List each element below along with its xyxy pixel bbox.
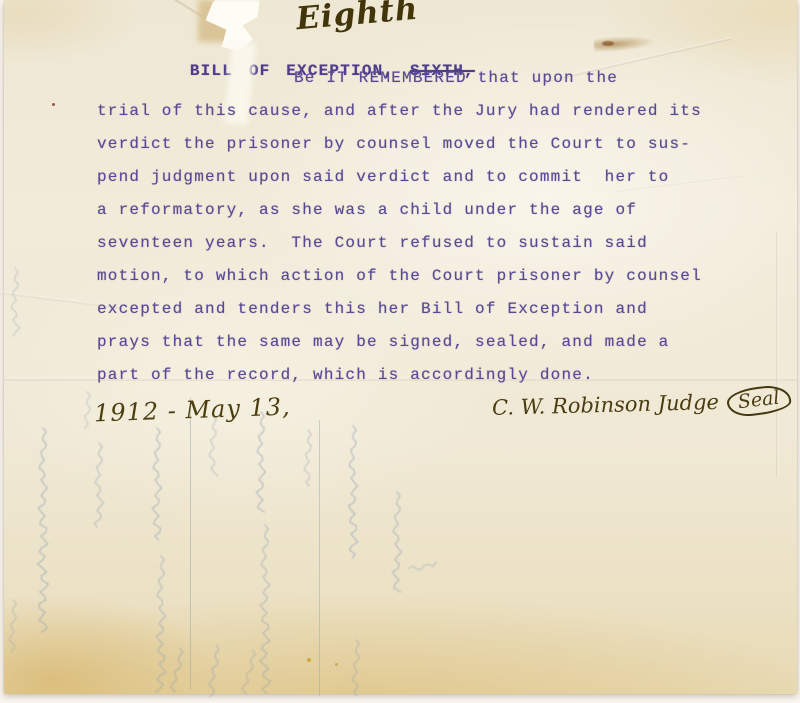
bleed-through-stroke [8,600,20,655]
body-paragraph: Be IT REMEMBERED that upon the trial of … [97,62,702,392]
bleed-through-stroke [260,525,272,693]
body-line: part of the record, which is accordingly… [97,359,702,392]
bleed-through-stroke [94,443,106,528]
foxing-spot [335,663,338,666]
bleed-through-stroke [351,640,363,698]
judge-signature: C. W. Robinson Judge [492,390,720,420]
body-line: motion, to which action of the Court pri… [97,260,702,293]
bleed-through-stroke [392,492,404,592]
bleed-through-stroke [406,557,438,576]
body-line: excepted and tenders this her Bill of Ex… [97,293,702,326]
body-line: pend judgment upon said verdict and to c… [97,161,702,194]
bleed-through-stroke [152,428,164,543]
rust-stain-core [602,41,614,46]
seal-annotation: Seal [726,383,792,418]
body-line: prays that the same may be signed, seale… [97,326,702,359]
bleed-through-stroke [256,412,268,512]
right-edge-crease [776,232,779,477]
bleed-through-stroke [303,430,315,488]
body-line: verdict the prisoner by counsel moved th… [97,128,702,161]
body-line: seventeen years. The Court refused to su… [97,227,702,260]
faint-vertical-line [190,398,191,690]
bleed-through-stroke [240,649,259,694]
bleed-through-stroke [169,647,187,694]
body-line: a reformatory, as she was a child under … [97,194,702,227]
foxing-spot [307,658,311,662]
bleed-through-stroke [82,392,94,430]
bleed-through-stroke [207,645,224,700]
document-paper: BILL OF EXCEPTION, SIXTH, Eighth Be IT R… [4,0,797,694]
bleed-through-stroke [348,426,360,561]
handwritten-date: 1912 - May 13, [94,393,292,428]
faint-vertical-line [319,420,320,696]
bleed-through-stroke [38,428,50,633]
ink-speck [52,103,55,106]
bleed-through-stroke [10,268,22,338]
body-line: Be IT REMEMBERED that upon the [97,62,702,95]
bleed-through-stroke [208,416,220,476]
bleed-through-stroke [156,556,168,694]
photo-background: BILL OF EXCEPTION, SIXTH, Eighth Be IT R… [0,0,800,703]
body-line: trial of this cause, and after the Jury … [97,95,702,128]
